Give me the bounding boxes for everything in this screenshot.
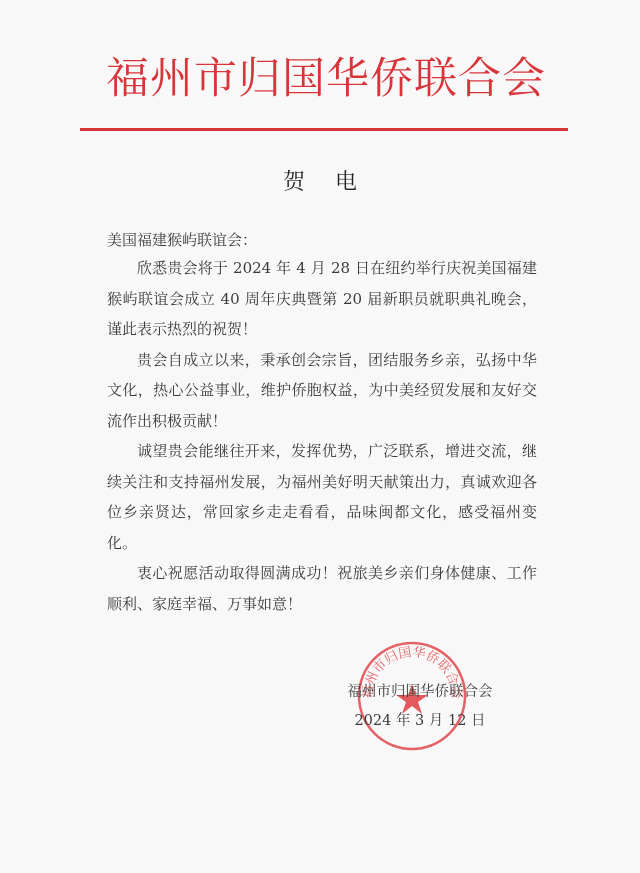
signature-date: 2024 年 3 月 12 日 — [300, 707, 540, 736]
signature-block: 福州市归国华侨联合会 2024 年 3 月 12 日 — [300, 678, 540, 736]
letterhead-divider — [80, 128, 568, 131]
signature-organization: 福州市归国华侨联合会 — [300, 678, 540, 707]
letter-body: 美国福建猴屿联谊会： 欣悉贵会将于 2024 年 4 月 28 日在纽约举行庆祝… — [107, 227, 537, 619]
paragraph-2: 贵会自成立以来，秉承创会宗旨，团结服务乡亲，弘扬中华文化，热心公益事业，维护侨胞… — [107, 345, 537, 437]
salutation: 美国福建猴屿联谊会： — [107, 227, 537, 253]
paragraph-3: 诚望贵会能继往开来，发挥优势，广泛联系，增进交流，继续关注和支持福州发展，为福州… — [107, 436, 537, 558]
paragraph-4: 衷心祝愿活动取得圆满成功！祝旅美乡亲们身体健康、工作顺利、家庭幸福、万事如意！ — [107, 558, 537, 619]
letterhead-title: 福州市归国华侨联合会 — [86, 58, 566, 101]
document-title: 贺电 — [0, 165, 640, 196]
letter-page: 福州市归国华侨联合会 贺电 美国福建猴屿联谊会： 欣悉贵会将于 2024 年 4… — [0, 0, 640, 873]
paragraph-1: 欣悉贵会将于 2024 年 4 月 28 日在纽约举行庆祝美国福建猴屿联谊会成立… — [107, 253, 537, 345]
